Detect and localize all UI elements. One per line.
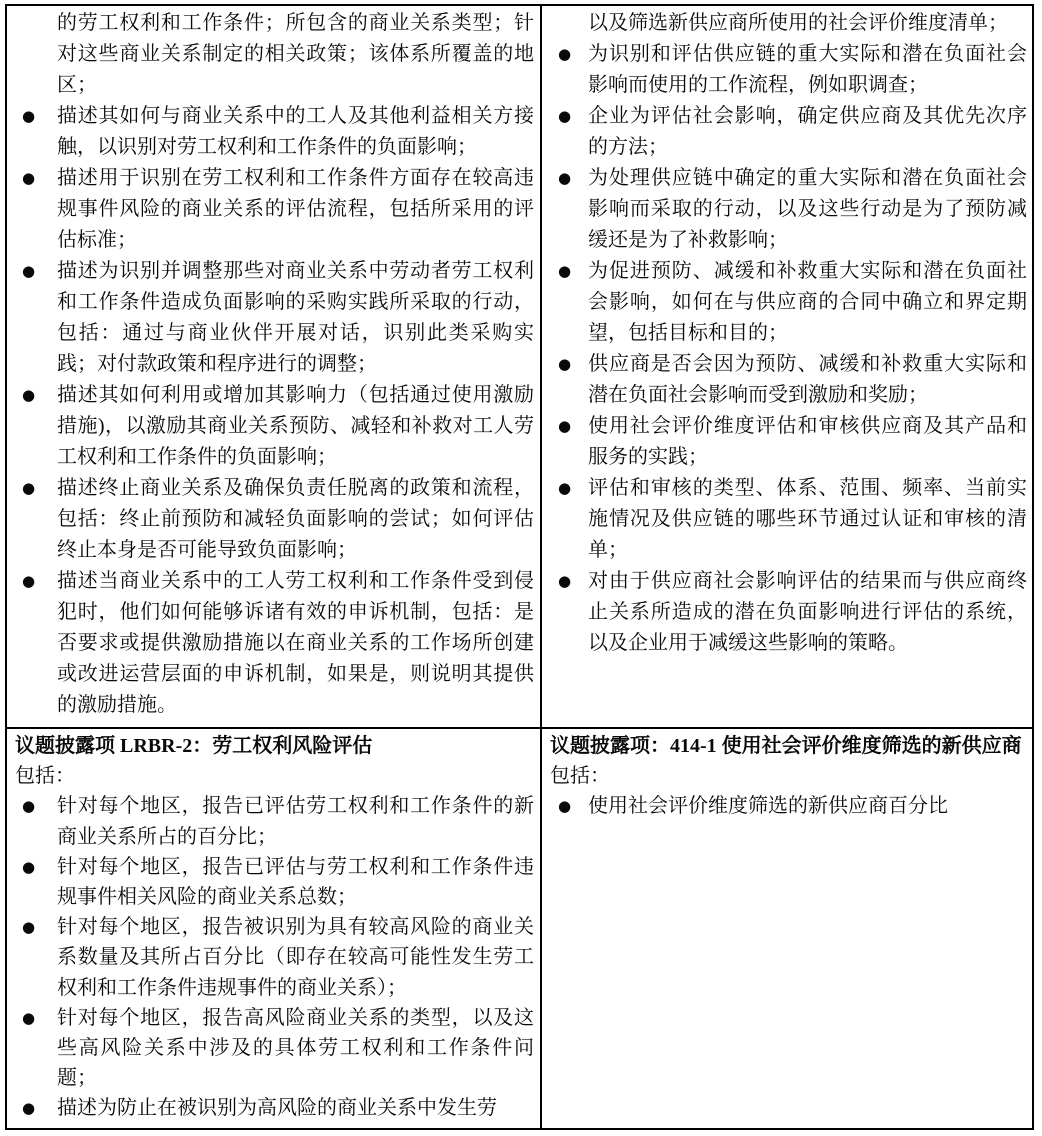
continued-paragraph: 的劳工权利和工作条件；所包含的商业关系类型；针对这些商业关系制定的相关政策；该体… (13, 8, 534, 101)
list-item: ●针对每个地区，报告高风险商业关系的类型，以及这些高风险关系中涉及的具体劳工权利… (13, 1003, 534, 1094)
list-item: ●使用社会评价维度评估和审核供应商及其产品和服务的实践； (548, 411, 1027, 473)
list-item-text: 针对每个地区，报告被识别为具有较高风险的商业关系数量及其所占百分比（即存在较高可… (57, 916, 534, 998)
list-item-text: 为识别和评估供应链的重大实际和潜在负面社会影响而使用的工作流程，例如职调查； (588, 43, 1027, 96)
bullet-icon: ● (558, 163, 571, 194)
bullet-icon: ● (22, 852, 35, 882)
list-item-text: 评估和审核的类型、体系、范围、频率、当前实施情况及供应链的哪些环节通过认证和审核… (588, 477, 1027, 561)
bullet-icon: ● (22, 473, 35, 504)
continued-paragraph: 以及筛选新供应商所使用的社会评价维度清单； (548, 8, 1027, 39)
bullet-icon: ● (22, 1003, 35, 1033)
list-item: ●描述当商业关系中的工人劳工权利和工作条件受到侵犯时，他们如何能够诉诸有效的申诉… (13, 566, 534, 721)
bullet-icon: ● (558, 791, 571, 821)
bullet-icon: ● (558, 411, 571, 442)
list-item: ●供应商是否会因为预防、减缓和补救重大实际和潜在负面社会影响而受到激励和奖励； (548, 349, 1027, 411)
bullet-icon: ● (22, 101, 35, 132)
list-item-text: 描述用于识别在劳工权利和工作条件方面存在较高违规事件风险的商业关系的评估流程，包… (57, 167, 534, 251)
list-item-text: 描述当商业关系中的工人劳工权利和工作条件受到侵犯时，他们如何能够诉诸有效的申诉机… (57, 570, 534, 716)
list-item: ●描述为识别并调整那些对商业关系中劳动者劳工权利和工作条件造成负面影响的采购实践… (13, 256, 534, 380)
bullet-icon: ● (558, 473, 571, 504)
bullet-icon: ● (558, 39, 571, 70)
list-item-text: 供应商是否会因为预防、减缓和补救重大实际和潜在负面社会影响而受到激励和奖励； (588, 353, 1027, 406)
list-item: ●为处理供应链中确定的重大实际和潜在负面社会影响而采取的行动，以及这些行动是为了… (548, 163, 1027, 256)
document-page: 的劳工权利和工作条件；所包含的商业关系类型；针对这些商业关系制定的相关政策；该体… (0, 0, 1042, 1136)
paragraph: 包括： (548, 761, 1027, 791)
list-item-text: 企业为评估社会影响，确定供应商及其优先次序的方法； (588, 105, 1027, 158)
list-item: ●描述为防止在被识别为高风险的商业关系中发生劳 (13, 1093, 534, 1123)
list-item: ●描述其如何利用或增加其影响力（包括通过使用激励措施)，以激励其商业关系预防、减… (13, 380, 534, 473)
bullet-icon: ● (22, 566, 35, 597)
list-item-text: 针对每个地区，报告高风险商业关系的类型，以及这些高风险关系中涉及的具体劳工权利和… (57, 1007, 534, 1089)
list-item-text: 为处理供应链中确定的重大实际和潜在负面社会影响而采取的行动，以及这些行动是为了预… (588, 167, 1027, 251)
list-item: ●描述其如何与商业关系中的工人及其他利益相关方接触，以识别对劳工权利和工作条件的… (13, 101, 534, 163)
paragraph: 包括： (13, 761, 534, 791)
list-item-text: 为促进预防、减缓和补救重大实际和潜在负面社会影响，如何在与供应商的合同中确立和界… (588, 260, 1027, 344)
bullet-icon: ● (558, 349, 571, 380)
list-item-text: 针对每个地区，报告已评估与劳工权利和工作条件违规事件相关风险的商业关系总数； (57, 856, 534, 908)
bullet-icon: ● (22, 791, 35, 821)
table-cell-labor-rights-continued: 的劳工权利和工作条件；所包含的商业关系类型；针对这些商业关系制定的相关政策；该体… (7, 6, 540, 727)
bullet-icon: ● (22, 163, 35, 194)
list-item: ●使用社会评价维度筛选的新供应商百分比 (548, 791, 1027, 821)
bullet-icon: ● (558, 101, 571, 132)
list-item-text: 描述为识别并调整那些对商业关系中劳动者劳工权利和工作条件造成负面影响的采购实践所… (57, 260, 534, 375)
list-item: ●描述用于识别在劳工权利和工作条件方面存在较高违规事件风险的商业关系的评估流程，… (13, 163, 534, 256)
list-item: ●对由于供应商社会影响评估的结果而与供应商终止关系所造成的潜在负面影响进行评估的… (548, 566, 1027, 659)
bullet-icon: ● (22, 256, 35, 287)
list-item-text: 描述为防止在被识别为高风险的商业关系中发生劳 (57, 1097, 497, 1119)
bullet-icon: ● (558, 566, 571, 597)
bullet-icon: ● (22, 380, 35, 411)
table-cell-414-1-new-suppliers: 议题披露项：414-1 使用社会评价维度筛选的新供应商包括：●使用社会评价维度筛… (540, 727, 1032, 1128)
list-item: ●为识别和评估供应链的重大实际和潜在负面社会影响而使用的工作流程，例如职调查； (548, 39, 1027, 101)
list-item-text: 使用社会评价维度筛选的新供应商百分比 (588, 795, 948, 817)
list-item: ●为促进预防、减缓和补救重大实际和潜在负面社会影响，如何在与供应商的合同中确立和… (548, 256, 1027, 349)
disclosure-heading: 议题披露项：414-1 使用社会评价维度筛选的新供应商 (548, 731, 1027, 761)
bullet-icon: ● (558, 256, 571, 287)
list-item-text: 使用社会评价维度评估和审核供应商及其产品和服务的实践； (588, 415, 1027, 468)
list-item: ●企业为评估社会影响，确定供应商及其优先次序的方法； (548, 101, 1027, 163)
list-item: ●针对每个地区，报告已评估劳工权利和工作条件的新商业关系所占的百分比； (13, 791, 534, 851)
list-item: ●评估和审核的类型、体系、范围、频率、当前实施情况及供应链的哪些环节通过认证和审… (548, 473, 1027, 566)
table-cell-supplier-social-assessment: 以及筛选新供应商所使用的社会评价维度清单；●为识别和评估供应链的重大实际和潜在负… (540, 6, 1032, 727)
bullet-icon: ● (22, 912, 35, 942)
list-item-text: 对由于供应商社会影响评估的结果而与供应商终止关系所造成的潜在负面影响进行评估的系… (588, 570, 1027, 654)
list-item-text: 针对每个地区，报告已评估劳工权利和工作条件的新商业关系所占的百分比； (57, 795, 534, 847)
list-item-text: 描述其如何与商业关系中的工人及其他利益相关方接触，以识别对劳工权利和工作条件的负… (57, 105, 534, 158)
list-item: ●针对每个地区，报告被识别为具有较高风险的商业关系数量及其所占百分比（即存在较高… (13, 912, 534, 1003)
list-item-text: 描述其如何利用或增加其影响力（包括通过使用激励措施)，以激励其商业关系预防、减轻… (57, 384, 534, 468)
list-item: ●针对每个地区，报告已评估与劳工权利和工作条件违规事件相关风险的商业关系总数； (13, 852, 534, 912)
disclosure-heading: 议题披露项 LRBR-2：劳工权利风险评估 (13, 731, 534, 761)
disclosure-table: 的劳工权利和工作条件；所包含的商业关系类型；针对这些商业关系制定的相关政策；该体… (5, 4, 1034, 1130)
list-item-text: 描述终止商业关系及确保负责任脱离的政策和流程，包括：终止前预防和减轻负面影响的尝… (57, 477, 534, 561)
list-item: ●描述终止商业关系及确保负责任脱离的政策和流程，包括：终止前预防和减轻负面影响的… (13, 473, 534, 566)
table-cell-lrbr-2-risk-assessment: 议题披露项 LRBR-2：劳工权利风险评估包括：●针对每个地区，报告已评估劳工权… (7, 727, 540, 1128)
bullet-icon: ● (22, 1093, 35, 1123)
